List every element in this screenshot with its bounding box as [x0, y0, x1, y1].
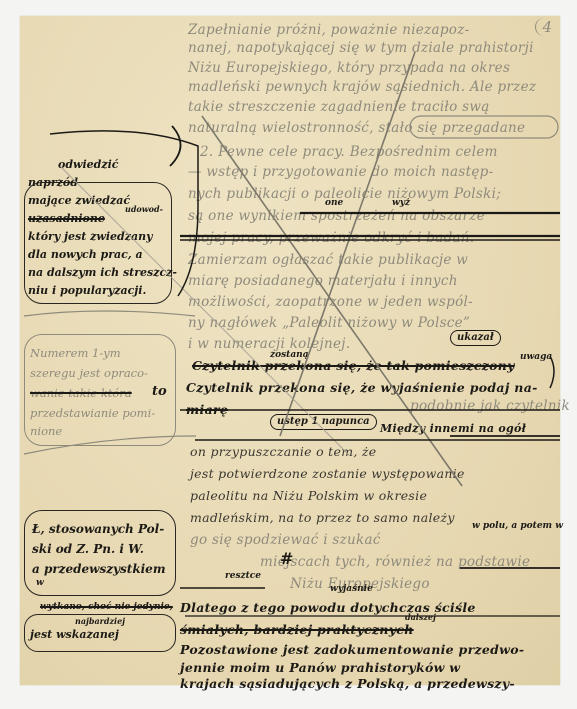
- insert-uwaga: uwaga: [520, 352, 552, 362]
- margin-note-1-line-2: mające zwiedzać: [28, 194, 130, 207]
- ink-line-miare: miarę: [186, 402, 228, 417]
- insert-dalszej: dalszej: [405, 612, 436, 622]
- main-line-11: mojej pracy, przeważnie odkryć i badań.: [188, 230, 474, 246]
- margin-note-2-ink-mark: to: [152, 384, 167, 399]
- margin-note-1-line-7: niu i popularyzacji.: [28, 284, 146, 297]
- insert-one: one: [325, 198, 343, 208]
- main-line-paleolitu: paleolitu na Niżu Polskim w okresie: [190, 488, 427, 503]
- margin-note-2-line-2: wanie takie która: [30, 386, 132, 400]
- margin-note-1-insert: udowod-: [125, 204, 163, 214]
- main-line-6: naturalną wielostronność, stało się prze…: [188, 120, 525, 136]
- main-line-madlenskim: madleńskim, na to przez to samo należy: [190, 510, 455, 525]
- margin-note-1-line-4: który jest zwiedzany: [28, 230, 153, 243]
- ink-line-pozostawione: Pozostawione jest zadokumentowanie przed…: [180, 642, 524, 657]
- margin-note-4-line-1: jest wskazanej: [30, 628, 119, 641]
- margin-note-1-line-6: na dalszym ich streszcz-: [28, 266, 177, 279]
- ink-line-jennie: jennie moim u Panów prahistoryków w: [180, 660, 460, 675]
- ink-line-miedzy: Między innemi na ogół: [380, 422, 526, 435]
- main-line-1: Zapełnianie próżni, poważnie niezapoz-: [188, 22, 470, 38]
- main-line-7: 2. Pewne cele pracy. Bezpośrednim celem: [200, 144, 498, 160]
- insert-wyz: wyż: [392, 198, 410, 208]
- ink-line-czytelnik-1: Czytelnik przekona się, że tak pomieszcz…: [192, 358, 515, 373]
- ink-line-czytelnik-2: Czytelnik przekona się, że wyjaśnienie p…: [186, 380, 538, 395]
- insert-zostal: zostaną: [270, 350, 309, 360]
- margin-note-3-line-3: w: [36, 578, 44, 588]
- insert-w-polu: w polu, a potem w: [472, 521, 563, 531]
- main-line-12: Zamierzam ogłaszać takie publikacje w: [188, 252, 468, 268]
- main-line-8: — wstęp i przygotowanie do moich następ-: [188, 164, 493, 180]
- margin-note-2-line-1: szeregu jest opraco-: [30, 366, 148, 380]
- main-line-2: nanej, napotykającej się w tym dziale pr…: [188, 40, 534, 56]
- margin-note-1-line-1: naprzód: [28, 176, 78, 189]
- main-line-przypuszczanie: on przypuszczanie o tem, że: [190, 444, 377, 459]
- margin-note-1-line-5: dla nowych prac, a: [28, 248, 143, 261]
- main-line-5: takie streszczenie zagadnienie traciło s…: [188, 99, 490, 115]
- margin-note-3-line-1: ski od Z. Pn. i W.: [32, 542, 144, 556]
- main-line-10: są one wynikiem spostrzeżeń na obszarze: [188, 208, 485, 224]
- margin-note-4-line-0: wytkano, choć nie jedynie,: [40, 602, 173, 612]
- margin-note-2-line-3: przedstawianie pomi-: [30, 406, 155, 420]
- margin-note-4-insert: najbardziej: [75, 616, 125, 626]
- main-line-spodziewac: go się spodziewać i szukać: [190, 532, 381, 548]
- bubble-ustep: ustęp 1 napunca: [270, 414, 377, 430]
- margin-note-2-line-4: nione: [30, 424, 62, 438]
- margin-note-3-line-0: Ł, stosowanych Pol-: [32, 522, 164, 536]
- main-line-podobnie: podobnie jak czytelnik: [410, 398, 570, 414]
- margin-note-1-line-3: uzasadnione: [28, 212, 105, 225]
- main-line-rowniez: miejscach tych, również na podstawie: [260, 554, 530, 570]
- page-number: 4: [535, 18, 552, 36]
- bubble-ukazal: ukazał: [450, 330, 501, 346]
- main-line-4: madleński pewnych krajów sąsiednich. Ale…: [188, 79, 536, 95]
- main-line-13: miarę posiadanego materjału i innych: [188, 273, 458, 289]
- main-line-9: nych publikacji o paleolicie niżowym Pol…: [188, 186, 501, 202]
- margin-note-1-line-0: odwiedzić: [58, 158, 119, 171]
- margin-note-2-line-0: Numerem 1-ym: [30, 346, 121, 360]
- ink-line-smialych: śmiałych, bardziej praktycznych: [180, 622, 414, 637]
- main-line-3: Niżu Europejskiego, który przypada na ok…: [188, 60, 510, 76]
- ink-line-krajach: krajach sąsiadujących z Polską, a przede…: [180, 676, 515, 691]
- manuscript-page: 4 Zapełnianie próżni, poważnie niezapoz-…: [20, 16, 560, 685]
- main-line-potwierdzone: jest potwierdzone zostanie występowanie: [190, 466, 465, 481]
- main-line-15: ny nagłówek „Paleolit niżowy w Polsce”: [188, 315, 470, 331]
- insert-wyjasnie: wyjaśnie: [330, 584, 373, 594]
- main-line-14: możliwości, zaopatrzone w jeden wspól-: [188, 294, 473, 310]
- insert-resztce: resztce: [225, 571, 261, 581]
- margin-note-3-line-2: a przedewszystkiem: [32, 562, 166, 576]
